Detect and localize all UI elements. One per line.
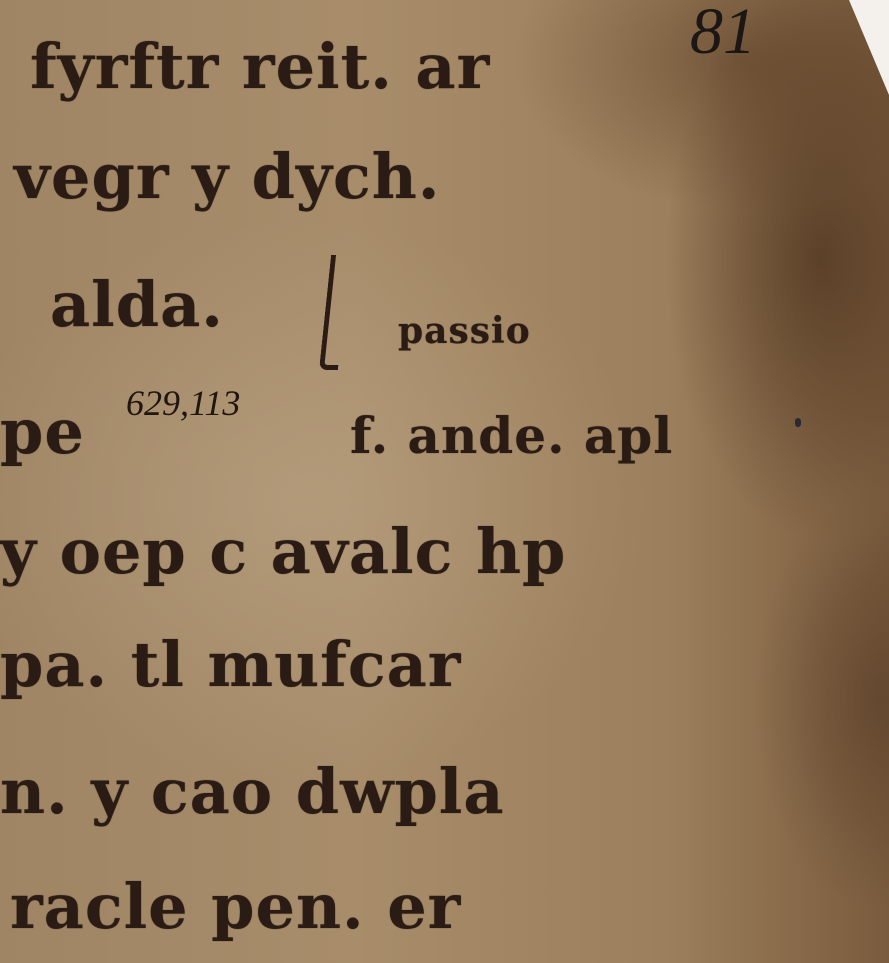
manuscript-line-5: y oep c avalc hp bbox=[0, 515, 566, 588]
manuscript-line-7: n. y cao dwpla bbox=[0, 755, 505, 828]
folio-number: 81 bbox=[690, 0, 756, 70]
pencil-annotation: 629,113 bbox=[126, 382, 240, 424]
line-4-rest: f. ande. apl bbox=[350, 406, 673, 465]
manuscript-line-2: vegr y dych. bbox=[14, 140, 440, 213]
manuscript-line-4: pe f. ande. apl bbox=[0, 395, 673, 468]
ink-speck bbox=[795, 418, 801, 427]
manuscript-line-8: racle pen. er bbox=[10, 870, 461, 943]
torn-corner bbox=[849, 0, 889, 95]
margin-word-passio: passio bbox=[398, 310, 531, 352]
manuscript-line-3: alda. bbox=[50, 268, 224, 341]
manuscript-line-6: pa. tl mufcar bbox=[0, 628, 461, 701]
line-4-start: pe bbox=[0, 395, 85, 468]
manuscript-line-1: fyrftr reit. ar bbox=[30, 30, 490, 103]
